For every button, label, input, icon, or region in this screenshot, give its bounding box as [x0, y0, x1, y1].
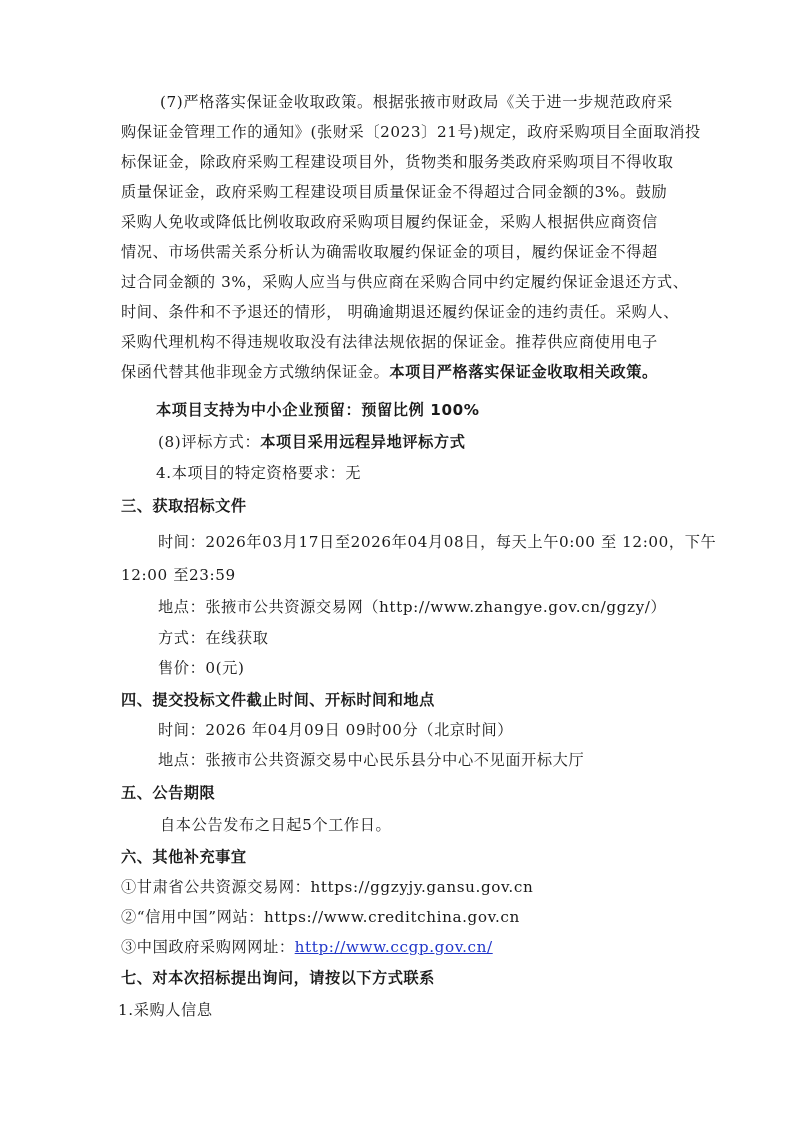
qualification-requirement: 4.本项目的特定资格要求：无: [156, 463, 361, 483]
section5-text: 自本公告发布之日起5个工作日。: [160, 815, 391, 835]
section3-time-line1: 时间：2026年03月17日至2026年04月08日，每天上午0:00 至 12…: [158, 532, 716, 552]
section3-title: 三、获取招标文件: [121, 496, 247, 516]
section4-title: 四、提交投标文件截止时间、开标时间和地点: [121, 690, 435, 710]
section7-title: 七、对本次招标提出询问，请按以下方式联系: [121, 968, 435, 988]
paragraph7-line-4: 质量保证金，政府采购工程建设项目质量保证金不得超过合同金额的3%。鼓励: [121, 182, 667, 202]
paragraph7-line-8: 时间、条件和不予退还的情形， 明确逾期退还履约保证金的违约责任。采购人、: [121, 302, 679, 322]
ccgp-link[interactable]: http://www.ccgp.gov.cn/: [295, 938, 493, 956]
section4-location: 地点：张掖市公共资源交易中心民乐县分中心不见面开标大厅: [158, 750, 584, 770]
evaluation-value: 本项目采用远程异地评标方式: [260, 433, 465, 451]
paragraph7-line-5: 采购人免收或降低比例收取政府采购项目履约保证金，采购人根据供应商资信: [121, 212, 658, 232]
section3-price: 售价：0(元): [158, 658, 244, 678]
paragraph7-line-2: 购保证金管理工作的通知》(张财采〔2023〕21号)规定，政府采购项目全面取消投: [121, 122, 701, 142]
evaluation-method: (8)评标方式：本项目采用远程异地评标方式: [158, 432, 466, 452]
section7-sub1: 1.采购人信息: [118, 1000, 213, 1020]
section6-title: 六、其他补充事宜: [121, 847, 247, 867]
section3-time-line2: 12:00 至23:59: [121, 565, 236, 585]
paragraph7-line-7: 过合同金额的 3%，采购人应当与供应商在采购合同中约定履约保证金退还方式、: [121, 272, 689, 292]
paragraph7-last-bold: 本项目严格落实保证金收取相关政策。: [389, 363, 657, 381]
paragraph7-line-9: 采购代理机构不得违规收取没有法律法规依据的保证金。推荐供应商使用电子: [121, 332, 658, 352]
section6-item3-label: ③中国政府采购网网址：: [121, 938, 295, 956]
section6-item1: ①甘肃省公共资源交易网：https://ggzyjy.gansu.gov.cn: [121, 877, 533, 897]
evaluation-label: (8)评标方式：: [158, 433, 260, 451]
paragraph7-line-1: (7)严格落实保证金收取政策。根据张掖市财政局《关于进一步规范政府采: [160, 92, 673, 112]
sme-reservation: 本项目支持为中小企业预留：预留比例 100%: [156, 400, 480, 420]
paragraph7-line-3: 标保证金，除政府采购工程建设项目外，货物类和服务类政府采购项目不得收取: [121, 152, 674, 172]
paragraph7-line-6: 情况、市场供需关系分析认为确需收取履约保证金的项目，履约保证金不得超: [121, 242, 658, 262]
section5-title: 五、公告期限: [121, 783, 215, 803]
paragraph7-last-normal: 保函代替其他非现金方式缴纳保证金。: [121, 363, 389, 381]
section4-time: 时间：2026 年04月09日 09时00分（北京时间）: [158, 720, 513, 740]
section3-location: 地点：张掖市公共资源交易网（http://www.zhangye.gov.cn/…: [158, 597, 666, 617]
section3-method: 方式：在线获取: [158, 628, 269, 648]
section6-item3: ③中国政府采购网网址：http://www.ccgp.gov.cn/: [121, 937, 493, 957]
section6-item2: ②“信用中国”网站：https://www.creditchina.gov.cn: [121, 907, 520, 927]
paragraph7-line-10: 保函代替其他非现金方式缴纳保证金。本项目严格落实保证金收取相关政策。: [121, 362, 658, 382]
